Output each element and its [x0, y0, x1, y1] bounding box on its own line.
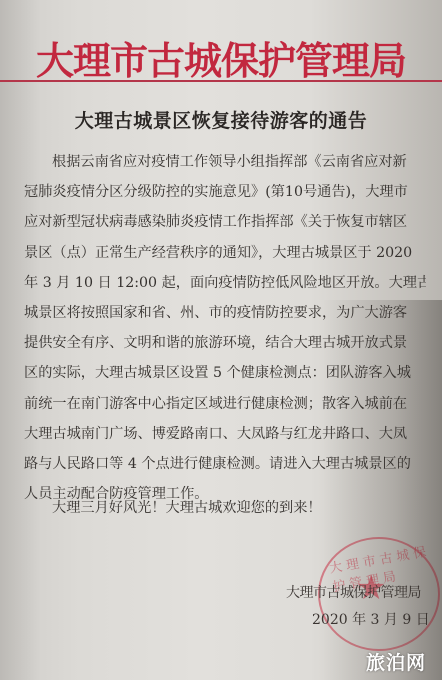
- notice-body: 根据云南省应对疫情工作领导小组指挥部《云南省应对新 冠肺炎疫情分区分级防控的实施…: [24, 147, 426, 509]
- closing-line: 大理三月好风光！大理古城欢迎您的到来！: [52, 497, 322, 517]
- body-line: 城景区将按照国家和省、州、市的疫情防控要求，为广大游客: [24, 298, 426, 328]
- notice-title: 大理古城景区恢复接待游客的通告: [0, 106, 442, 133]
- body-line: 前统一在南门游客中心指定区域进行健康检测；散客入城前在: [24, 389, 426, 419]
- header-divider: [0, 80, 442, 82]
- body-line: 区的实际，大理古城景区设置 5 个健康检测点：团队游客入城: [24, 358, 426, 388]
- body-line: 路与人民路口等 4 个点进行健康检测。请进入大理古城景区的: [24, 449, 426, 479]
- body-line: 景区（点）正常生产经营秩序的通知》，大理古城景区于 2020: [24, 238, 426, 268]
- body-line: 根据云南省应对疫情工作领导小组指挥部《云南省应对新: [24, 147, 426, 177]
- body-line: 冠肺炎疫情分区分级防控的实施意见》(第10号通告)，大理市: [24, 177, 426, 207]
- body-line: 应对新型冠状病毒感染肺炎疫情工作指挥部《关于恢复市辖区: [24, 207, 426, 237]
- body-line: 年 3 月 10 日 12:00 起，面向疫情防控低风险地区开放。大理古: [24, 268, 426, 298]
- body-line: 大理古城南门广场、博爱路南口、大凤路与红龙井路口、大凤: [24, 419, 426, 449]
- signature: 大理市古城保护管理局: [286, 582, 421, 602]
- issuer-header: 大理市古城保护管理局: [0, 30, 442, 85]
- body-line: 提供安全有序、文明和谐的旅游环境，结合大理古城开放式景: [24, 328, 426, 358]
- site-watermark: 旅泊网: [366, 648, 426, 675]
- issue-date: 2020 年 3 月 9 日: [312, 609, 430, 629]
